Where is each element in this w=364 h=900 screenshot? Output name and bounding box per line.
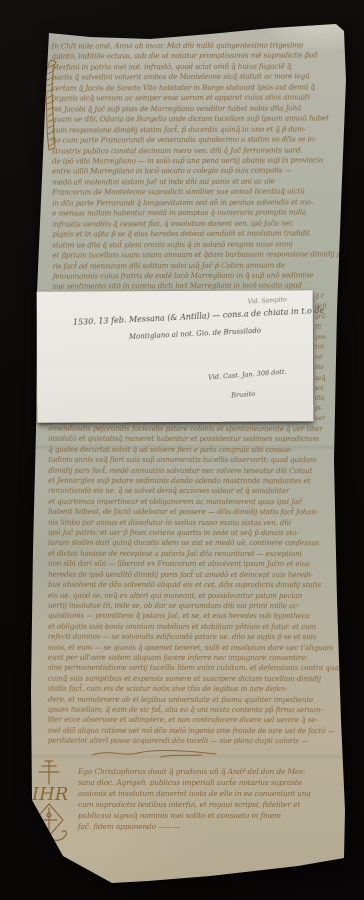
manuscript-line: et obligatis suis bonis omnium mobilium …	[48, 621, 340, 632]
manuscript-fragment: trō	[315, 343, 339, 353]
manuscript-fragment: uer	[315, 414, 339, 422]
manuscript-line: dere, et manutenere ab ei legibus univer…	[48, 694, 340, 705]
manuscript-lower-block: emendandis pejorandis faciendis pstare c…	[48, 424, 341, 751]
manuscript-line: nis limbo par annus et dissolutur in sed…	[48, 517, 340, 528]
manuscript-line: habent habeat, de factō uidebatur et pos…	[48, 507, 340, 518]
notary-mark-icon: IHR	[23, 758, 75, 842]
manuscript-line: dimidij pars fact̄, medē annuatim solvun…	[48, 465, 340, 476]
manuscript-line: e mensas nullam habentur medā in pomptus…	[52, 208, 338, 220]
slip-annotation-bottom-right-2: Brusito	[231, 390, 256, 400]
notary-attestation-block: Ego Christophorus douit q̄ gradonis un̄ …	[78, 766, 340, 836]
manuscript-line: de ipō villa Marregliano — in solō sup̄ …	[52, 155, 338, 167]
manuscript-line: publicaui signoq̄ nominis mei solito et …	[78, 810, 340, 821]
manuscript-line: no cum parte Francorundi de venerandis q…	[52, 134, 338, 146]
manuscript-line: insolutū et quietatisq̄ maneret habentur…	[48, 434, 340, 445]
manuscript-fragment: nō	[315, 353, 339, 363]
manuscript-line: suos, et eum — se quavis q̄ ipsemet tene…	[48, 642, 340, 653]
manuscript-line: eunt per ull'aere sistem aliquam facere …	[48, 653, 340, 664]
manuscript-fragment: dīa	[315, 394, 339, 404]
manuscript-line: tudinis annis usq̄ fieri suis sup̄ annum…	[48, 455, 340, 466]
manuscript-line: eis ue. quod se, neq̄ ex alteri qui mane…	[48, 590, 340, 601]
manuscript-line: ipsi Jac̄ patris: et uer p̄ fines curien…	[48, 528, 340, 539]
manuscript-fragment: seq̄	[315, 374, 339, 384]
manuscript-line: assionis et insolutum danerint iusta de …	[78, 788, 340, 799]
slip-date-line: 1530. 13 feb. Messana (& Antilla) — cons…	[73, 306, 325, 327]
manuscript-line: et p̄priam tucellam suam unam annuam et …	[52, 249, 338, 261]
slip-annotation-top-right: Vid. Sampito	[248, 296, 287, 305]
manuscript-line: renuntiando eis ue, q̄ se solvet deniq̄ …	[48, 486, 340, 497]
manuscript-line: quinto, inditiōe octava, sub die ut nota…	[52, 51, 338, 63]
manuscript-fragment: p̄i-	[315, 404, 339, 414]
manuscript-line: heredes de ipsō uenditō dimidij paris fa…	[48, 569, 340, 580]
manuscript-line: sine permanentiatione uertij tucellis li…	[48, 663, 340, 674]
manuscript-line: et dictas hauisse de recepisse a pstaris…	[48, 549, 340, 560]
text-end-flourish-icon	[90, 747, 220, 759]
manuscript-line: q̄ quales decurtat solvit q̄ ad solvere …	[48, 445, 340, 456]
photo-stage: 403 In Chr̄i noīe amē. Anno ab incar. Ma…	[0, 0, 364, 900]
manuscript-line: ipsam tucellam, q̄ eam de sic fat̄, alia…	[48, 705, 340, 716]
manuscript-line: et quartomas impertinear et obliganorem …	[48, 497, 340, 508]
manuscript-line: cumq̄ suis sumptibus et expensis sumere …	[48, 673, 340, 684]
manuscript-line: quisitionis — promittens q̄ pstans Jac̄,…	[48, 611, 340, 622]
manuscript-line: tarum statim dari quinq̄ ducatis idem ue…	[48, 538, 340, 549]
manuscript-line: sana dioc. Agrigen̄. publicus imperiali …	[78, 777, 340, 788]
manuscript-line: mel aliō aliqua ratione uel mō dc̄o melō…	[48, 726, 340, 737]
manuscript-line: bus absolvent de dc̄o solvendō aliquid e…	[48, 580, 340, 591]
manuscript-upper-block: In Chr̄i noīe amē. Anno ab incar. Mat dn…	[51, 40, 338, 291]
manuscript-line: pignis et in ap̄ta p̄ se q̄ eius heredes…	[52, 229, 338, 241]
folio-mark: 403	[96, 16, 131, 26]
manuscript-line: Ego Christophorus douit q̄ gradonis un̄ …	[78, 766, 340, 777]
parchment-wrap: 403 In Chr̄i noīe amē. Anno ab incar. Ma…	[0, 0, 364, 900]
manuscript-fragment: yon	[315, 333, 339, 343]
manuscript-line: liter ecce observare et adimplere, et no…	[48, 715, 340, 726]
archival-slip: Vid. Sampito 1530. 13 feb. Messana (& An…	[37, 290, 314, 422]
manuscript-line: statis fact̄, cum eis de sciatur notis s…	[48, 684, 340, 695]
manuscript-fragment: m̄s	[315, 363, 339, 373]
manuscript-fragment: q̄ r̄	[315, 292, 339, 302]
manuscript-line: uertij insolutae tn̄, inde se, ob dar se…	[48, 601, 340, 612]
manuscript-line: et Jennargles sup̄ pstare sediminis dand…	[48, 476, 340, 487]
manuscript-line: emendandis pejorandis faciendis pstare c…	[48, 424, 340, 435]
manuscript-line: quam ue dn̄i, Odoria de Burgello unde di…	[52, 114, 338, 126]
manuscript-line: non sibi dari sibi — liberont ex Francor…	[48, 559, 340, 570]
manuscript-line: fac̄. fidem apponendo ———	[78, 821, 340, 832]
parchment-deed: 403 In Chr̄i noīe amē. Anno ab incar. Ma…	[0, 0, 364, 900]
manuscript-fragment: sol̄	[315, 384, 339, 394]
manuscript-fragment: flī	[315, 323, 339, 333]
manuscript-line: perdiderint alterī posse acquirendi dc̄o…	[48, 736, 340, 747]
slip-annotation-bottom-right-1: Vid. Cast. Jan. 308 dott.	[208, 368, 287, 382]
slip-description-line: Montiglano al not. Gio. de Brussilado	[129, 327, 261, 341]
manuscript-line: refecti damnos — se solvendis edificandō…	[48, 632, 340, 643]
manuscript-line: cum supradictis testibus interfui, et ro…	[78, 799, 340, 810]
notary-monogram: IHR	[31, 784, 68, 805]
